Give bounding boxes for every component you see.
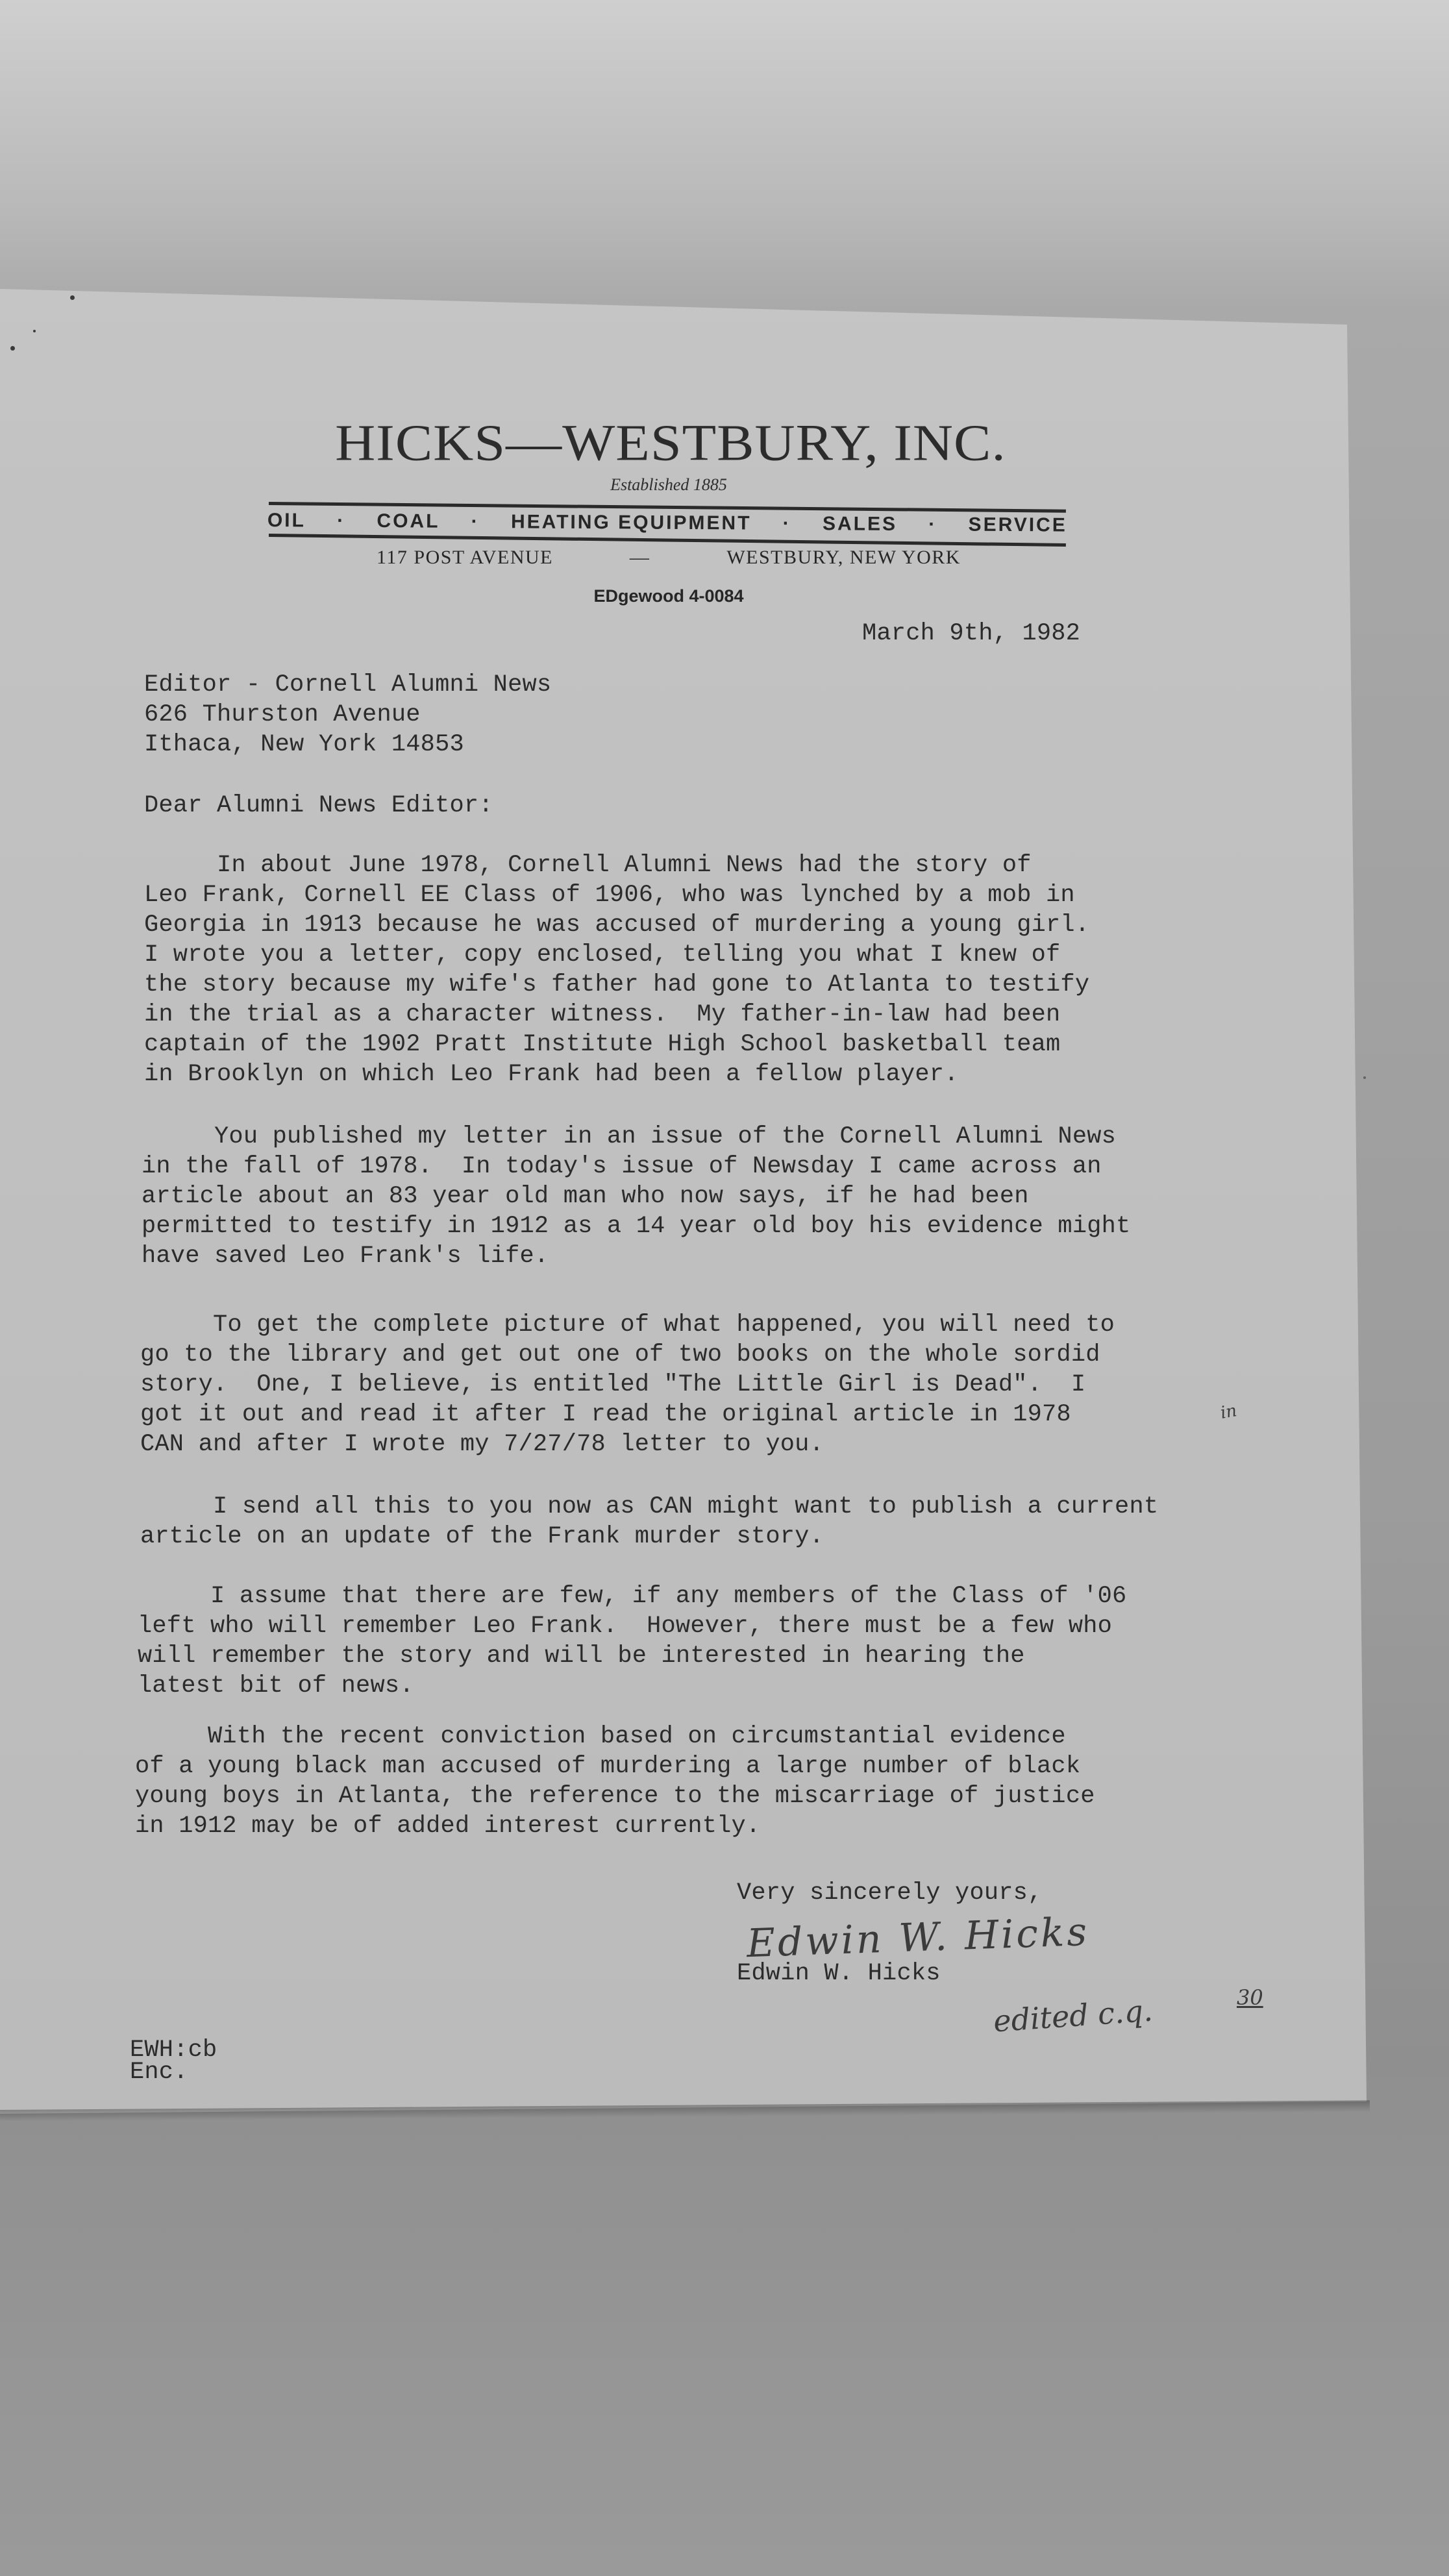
body-line: I send all this to you now as CAN might … [140,1492,1158,1522]
body-line: captain of the 1902 Pratt Institute High… [144,1030,1060,1059]
service-heating-equipment: HEATING EQUIPMENT [511,511,752,534]
body-line: will remember the story and will be inte… [138,1641,1025,1671]
body-line: To get the complete picture of what happ… [140,1310,1115,1340]
body-line: left who will remember Leo Frank. Howeve… [138,1611,1112,1641]
letter-paper [0,0,1449,2576]
body-line: I assume that there are few, if any memb… [138,1581,1126,1611]
separator-dot: · [471,511,480,533]
body-line: got it out and read it after I read the … [140,1400,1071,1430]
paper-speck [10,346,15,351]
body-line: article about an 83 year old man who now… [142,1182,1029,1211]
salutation: Dear Alumni News Editor: [144,791,493,821]
service-sales: SALES [823,513,897,536]
address-city: WESTBURY, NEW YORK [726,547,961,569]
body-line: CAN and after I wrote my 7/27/78 letter … [140,1430,824,1459]
letter-date: March 9th, 1982 [862,619,1080,649]
handwritten-insert: in [1219,1401,1239,1423]
body-line: I wrote you a letter, copy enclosed, tel… [144,940,1060,970]
service-oil: OIL [267,510,306,532]
body-line: article on an update of the Frank murder… [140,1522,824,1552]
body-line: You published my letter in an issue of t… [142,1122,1116,1152]
company-phone: EDgewood 4-0084 [565,586,773,606]
body-line: in Brooklyn on which Leo Frank had been … [144,1059,959,1089]
body-line: permitted to testify in 1912 as a 14 yea… [142,1211,1130,1241]
body-line: latest bit of news. [138,1671,414,1701]
separator-dot: · [928,514,937,536]
service-coal: COAL [377,510,440,533]
body-line: Georgia in 1913 because he was accused o… [144,910,1089,940]
closing: Very sincerely yours, [737,1878,1042,1908]
separator-dot: · [783,513,791,535]
body-line: the story because my wife's father had g… [144,970,1089,1000]
body-line: in the fall of 1978. In today's issue of… [142,1152,1102,1182]
enclosure-note: Enc. [130,2061,188,2084]
body-line: of a young black man accused of murderin… [135,1752,1080,1781]
body-line: in 1912 may be of added interest current… [135,1811,760,1841]
signer-name: Edwin W. Hicks [737,1959,941,1988]
address-dash: — [630,547,650,569]
body-line: young boys in Atlanta, the reference to … [135,1781,1095,1811]
body-line: With the recent conviction based on circ… [135,1722,1066,1752]
recipient-line: Ithaca, New York 14853 [144,730,464,760]
paper-speck [33,330,36,332]
separator-dot: · [337,510,345,532]
established-line: Established 1885 [571,475,766,495]
handwritten-number: 30 [1237,1985,1263,2010]
paper-speck [70,295,75,300]
recipient-line: 626 Thurston Avenue [144,700,421,730]
address-street: 117 POST AVENUE [377,547,553,569]
body-line: in the trial as a character witness. My … [144,1000,1060,1030]
body-line: go to the library and get out one of two… [140,1340,1100,1370]
paper-speck [1363,1076,1366,1079]
company-name: HICKS—WESTBURY, INC. [323,413,1018,473]
recipient-line: Editor - Cornell Alumni News [144,670,551,700]
body-line: Leo Frank, Cornell EE Class of 1906, who… [144,880,1075,910]
service-service: SERVICE [969,514,1067,537]
body-line: have saved Leo Frank's life. [142,1241,549,1271]
body-line: In about June 1978, Cornell Alumni News … [144,850,1032,880]
company-address: 117 POST AVENUE — WESTBURY, NEW YORK [377,547,961,569]
body-line: story. One, I believe, is entitled "The … [140,1370,1085,1400]
